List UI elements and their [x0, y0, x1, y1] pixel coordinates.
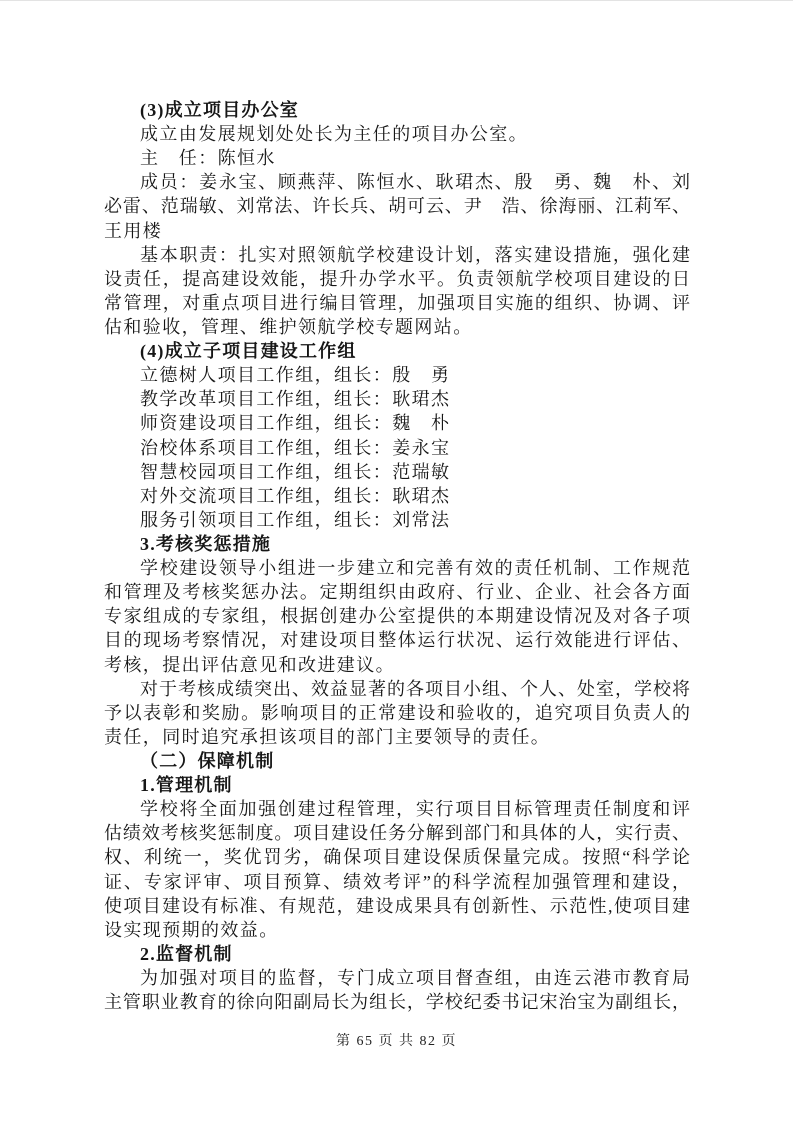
text-line: 对外交流项目工作组，组长：耿珺杰 — [104, 484, 690, 508]
text-line: 责任，同时追究承担该项目的部门主要领导的责任。 — [104, 725, 690, 749]
text-line: 成立由发展规划处处长为主任的项目办公室。 — [104, 122, 690, 146]
text-line: 设责任，提高建设效能，提升办学水平。负责领航学校项目建设的日 — [104, 267, 690, 291]
text-line: 专家组成的专家组，根据创建办公室提供的本期建设情况及对各子项 — [104, 604, 690, 628]
document-page: (3)成立项目办公室成立由发展规划处处长为主任的项目办公室。主 任：陈恒水成员：… — [0, 0, 793, 1122]
text-line: 对于考核成绩突出、效益显著的各项目小组、个人、处室，学校将 — [104, 677, 690, 701]
text-line: 证、专家评审、项目预算、绩效考评”的科学流程加强管理和建设， — [104, 870, 690, 894]
text-line: 使项目建设有标准、有规范，建设成果具有创新性、示范性,使项目建 — [104, 894, 690, 918]
heading-line: 2.监督机制 — [104, 942, 690, 966]
text-line: 基本职责：扎实对照领航学校建设计划，落实建设措施，强化建 — [104, 243, 690, 267]
text-line: 治校体系项目工作组，组长：姜永宝 — [104, 436, 690, 460]
text-line: 和管理及考核奖惩办法。定期组织由政府、行业、企业、社会各方面 — [104, 580, 690, 604]
text-line: 学校将全面加强创建过程管理，实行项目目标管理责任制度和评 — [104, 797, 690, 821]
heading-line: 1.管理机制 — [104, 773, 690, 797]
text-line: 必雷、范瑞敏、刘常法、许长兵、胡可云、尹 浩、徐海丽、江莉军、 — [104, 194, 690, 218]
heading-line: (3)成立项目办公室 — [104, 98, 690, 122]
text-line: 智慧校园项目工作组，组长：范瑞敏 — [104, 460, 690, 484]
text-line: 常管理，对重点项目进行编目管理，加强项目实施的组织、协调、评 — [104, 291, 690, 315]
text-line: 学校建设领导小组进一步建立和完善有效的责任机制、工作规范 — [104, 556, 690, 580]
text-line: 主 任：陈恒水 — [104, 146, 690, 170]
text-line: 估绩效考核奖惩制度。项目建设任务分解到部门和具体的人，实行责、 — [104, 821, 690, 845]
heading-line: （二）保障机制 — [104, 749, 690, 773]
text-line: 考核，提出评估意见和改进建议。 — [104, 653, 690, 677]
heading-line: 3.考核奖惩措施 — [104, 532, 690, 556]
page-footer: 第 65 页 共 82 页 — [0, 1030, 793, 1050]
text-line: 目的现场考察情况，对建设项目整体运行状况、运行效能进行评估、 — [104, 628, 690, 652]
text-line: 设实现预期的效益。 — [104, 918, 690, 942]
text-line: 王用楼 — [104, 219, 690, 243]
text-line: 教学改革项目工作组，组长：耿珺杰 — [104, 387, 690, 411]
heading-line: (4)成立子项目建设工作组 — [104, 339, 690, 363]
text-line: 成员：姜永宝、顾燕萍、陈恒水、耿珺杰、殷 勇、魏 朴、刘 — [104, 170, 690, 194]
text-line: 为加强对项目的监督，专门成立项目督查组，由连云港市教育局 — [104, 966, 690, 990]
text-line: 师资建设项目工作组，组长：魏 朴 — [104, 411, 690, 435]
text-line: 估和验收，管理、维护领航学校专题网站。 — [104, 315, 690, 339]
text-line: 服务引领项目工作组，组长：刘常法 — [104, 508, 690, 532]
text-line: 主管职业教育的徐向阳副局长为组长，学校纪委书记宋治宝为副组长， — [104, 990, 690, 1014]
text-line: 立德树人项目工作组，组长：殷 勇 — [104, 363, 690, 387]
text-line: 权、利统一，奖优罚劣，确保项目建设保质保量完成。按照“科学论 — [104, 845, 690, 869]
text-line: 予以表彰和奖励。影响项目的正常建设和验收的，追究项目负责人的 — [104, 701, 690, 725]
document-body: (3)成立项目办公室成立由发展规划处处长为主任的项目办公室。主 任：陈恒水成员：… — [104, 98, 690, 1014]
